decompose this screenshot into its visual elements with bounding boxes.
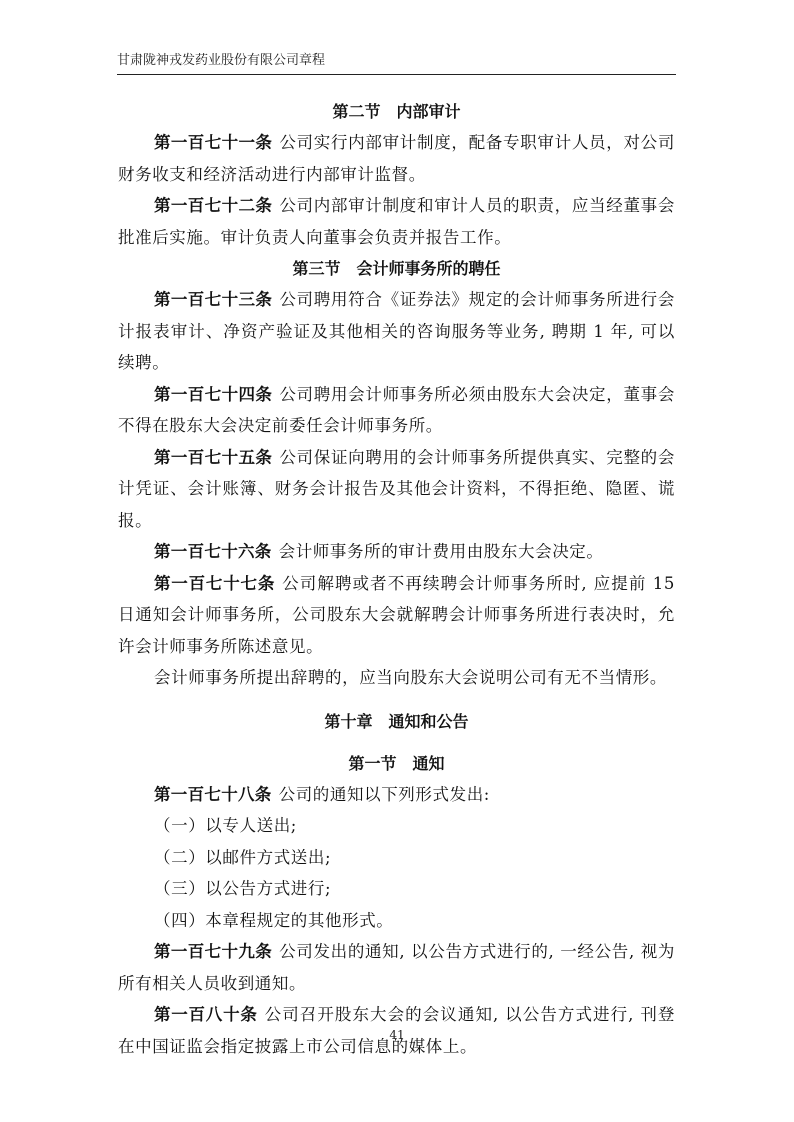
list-item: （四）本章程规定的其他形式。 [118, 905, 675, 937]
article-176: 第一百七十六条会计师事务所的审计费用由股东大会决定。 [118, 536, 675, 568]
article-172: 第一百七十二条公司内部审计制度和审计人员的职责，应当经董事会批准后实施。审计负责… [118, 190, 675, 253]
article-178: 第一百七十八条公司的通知以下列形式发出: [118, 779, 675, 811]
article-label: 第一百七十五条 [154, 448, 272, 467]
list-item: （三）以公告方式进行; [118, 873, 675, 905]
article-label: 第一百七十七条 [154, 574, 275, 593]
article-177-paragraph-2: 会计师事务所提出辞聘的，应当向股东大会说明公司有无不当情形。 [118, 662, 675, 694]
article-text: 会计师事务所的审计费用由股东大会决定。 [279, 542, 604, 561]
page-number: 41 [0, 1028, 794, 1042]
article-171: 第一百七十一条公司实行内部审计制度，配备专职审计人员，对公司财务收支和经济活动进… [118, 127, 675, 190]
article-label: 第一百七十二条 [154, 196, 272, 215]
article-174: 第一百七十四条公司聘用会计师事务所必须由股东大会决定，董事会不得在股东大会决定前… [118, 379, 675, 442]
article-177: 第一百七十七条公司解聘或者不再续聘会计师事务所时, 应提前 15 日通知会计师事… [118, 568, 675, 663]
article-text: 公司的通知以下列形式发出: [279, 785, 490, 804]
article-label: 第一百七十三条 [154, 290, 272, 309]
article-label: 第一百七十四条 [154, 385, 272, 404]
list-item: （一）以专人送出; [118, 810, 675, 842]
article-label: 第一百八十条 [154, 1005, 258, 1024]
article-label: 第一百七十一条 [154, 133, 272, 152]
section-title-accounting-firm: 第三节 会计师事务所的聘任 [118, 253, 675, 284]
section-title-internal-audit: 第二节 内部审计 [118, 96, 675, 127]
article-179: 第一百七十九条公司发出的通知, 以公告方式进行的, 一经公告, 视为所有相关人员… [118, 936, 675, 999]
page-header: 甘肃陇神戎发药业股份有限公司章程 [117, 52, 676, 75]
article-label: 第一百七十六条 [154, 542, 272, 561]
list-item: （二）以邮件方式送出; [118, 842, 675, 874]
section-title-notice: 第一节 通知 [118, 748, 675, 779]
article-173: 第一百七十三条公司聘用符合《证券法》规定的会计师事务所进行会计报表审计、净资产验… [118, 284, 675, 379]
chapter-title-notices: 第十章 通知和公告 [118, 704, 675, 740]
article-label: 第一百七十九条 [154, 942, 272, 961]
document-title: 甘肃陇神戎发药业股份有限公司章程 [117, 53, 325, 68]
article-label: 第一百七十八条 [154, 785, 272, 804]
document-body: 第二节 内部审计 第一百七十一条公司实行内部审计制度，配备专职审计人员，对公司财… [118, 96, 675, 1062]
article-175: 第一百七十五条公司保证向聘用的会计师事务所提供真实、完整的会计凭证、会计账簿、财… [118, 442, 675, 537]
